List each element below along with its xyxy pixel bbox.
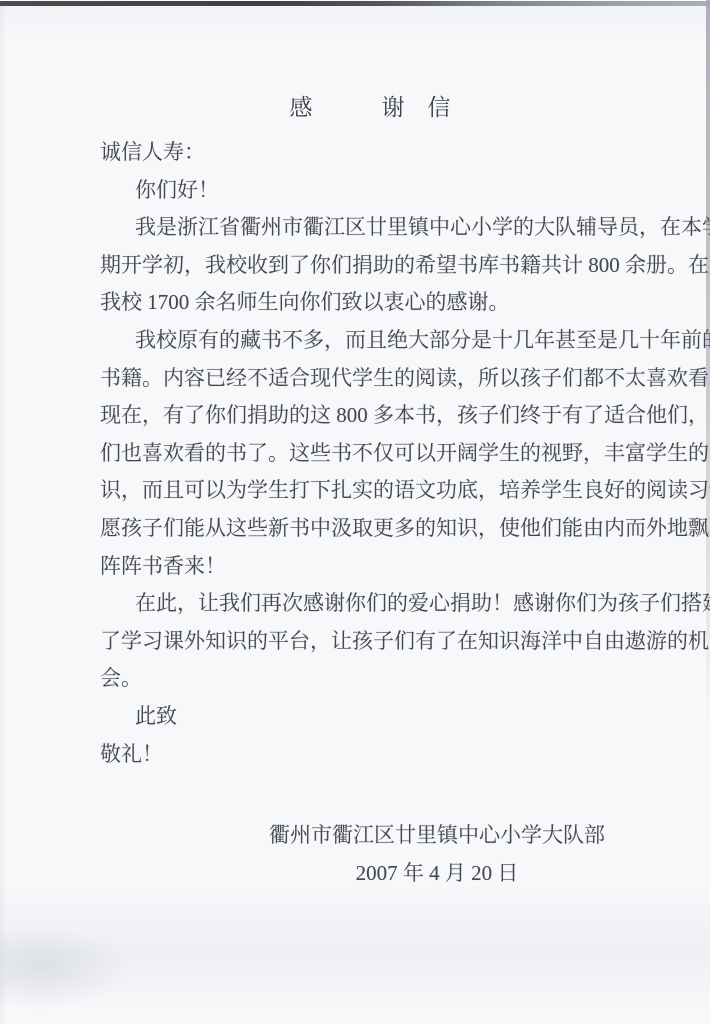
letter-line: 愿孩子们能从这些新书中汲取更多的知识，使他们能由内而外地飘出: [100, 510, 624, 548]
letter-line: 识，而且可以为学生打下扎实的语文功底，培养学生良好的阅读习惯。: [100, 472, 624, 510]
salutation: 诚信人寿：: [100, 134, 624, 172]
signature-date: 2007 年 4 月 20 日: [250, 855, 624, 893]
letter-line: 阵阵书香来！: [100, 548, 624, 586]
letter-line: 们也喜欢看的书了。这些书不仅可以开阔学生的视野，丰富学生的知: [100, 435, 624, 473]
letter-line: 我是浙江省衢州市衢江区廿里镇中心小学的大队辅导员，在本学: [100, 209, 624, 247]
letter-line: 书籍。内容已经不适合现代学生的阅读，所以孩子们都不太喜欢看。: [100, 360, 624, 398]
letter-title: 感 谢 信: [108, 88, 632, 134]
paragraph-1: 我是浙江省衢州市衢江区廿里镇中心小学的大队辅导员，在本学 期开学初，我校收到了你…: [100, 209, 624, 322]
letter-line: 会。: [100, 660, 624, 698]
letter-line: 我校原有的藏书不多，而且绝大部分是十几年甚至是几十年前的: [100, 322, 624, 360]
signature-organization: 衢州市衢江区廿里镇中心小学大队部: [250, 817, 624, 855]
letter-line: 了学习课外知识的平台，让孩子们有了在知识海洋中自由遨游的机: [100, 623, 624, 661]
signature-block: 衢州市衢江区廿里镇中心小学大队部 2007 年 4 月 20 日: [250, 817, 624, 892]
letter-line: 现在，有了你们捐助的这 800 多本书，孩子们终于有了适合他们，他: [100, 397, 624, 435]
letter-line: 在此，让我们再次感谢你们的爱心捐助！感谢你们为孩子们搭建: [100, 585, 624, 623]
scan-edge-right: [706, 0, 710, 730]
closing-jingli: 敬礼！: [100, 736, 624, 774]
greeting: 你们好！: [100, 172, 624, 210]
letter-body: 感 谢 信 诚信人寿： 你们好！ 我是浙江省衢州市衢江区廿里镇中心小学的大队辅导…: [100, 88, 624, 892]
paragraph-2: 我校原有的藏书不多，而且绝大部分是十几年甚至是几十年前的 书籍。内容已经不适合现…: [100, 322, 624, 585]
closing-cizhi: 此致: [100, 698, 624, 736]
letter-line: 我校 1700 余名师生向你们致以衷心的感谢。: [100, 284, 624, 322]
paragraph-3: 在此，让我们再次感谢你们的爱心捐助！感谢你们为孩子们搭建 了学习课外知识的平台，…: [100, 585, 624, 698]
scanned-letter-page: 感 谢 信 诚信人寿： 你们好！ 我是浙江省衢州市衢江区廿里镇中心小学的大队辅导…: [0, 0, 710, 1024]
scan-edge-top: [0, 1, 710, 6]
letter-line: 期开学初，我校收到了你们捐助的希望书库书籍共计 800 余册。在此，: [100, 247, 624, 285]
